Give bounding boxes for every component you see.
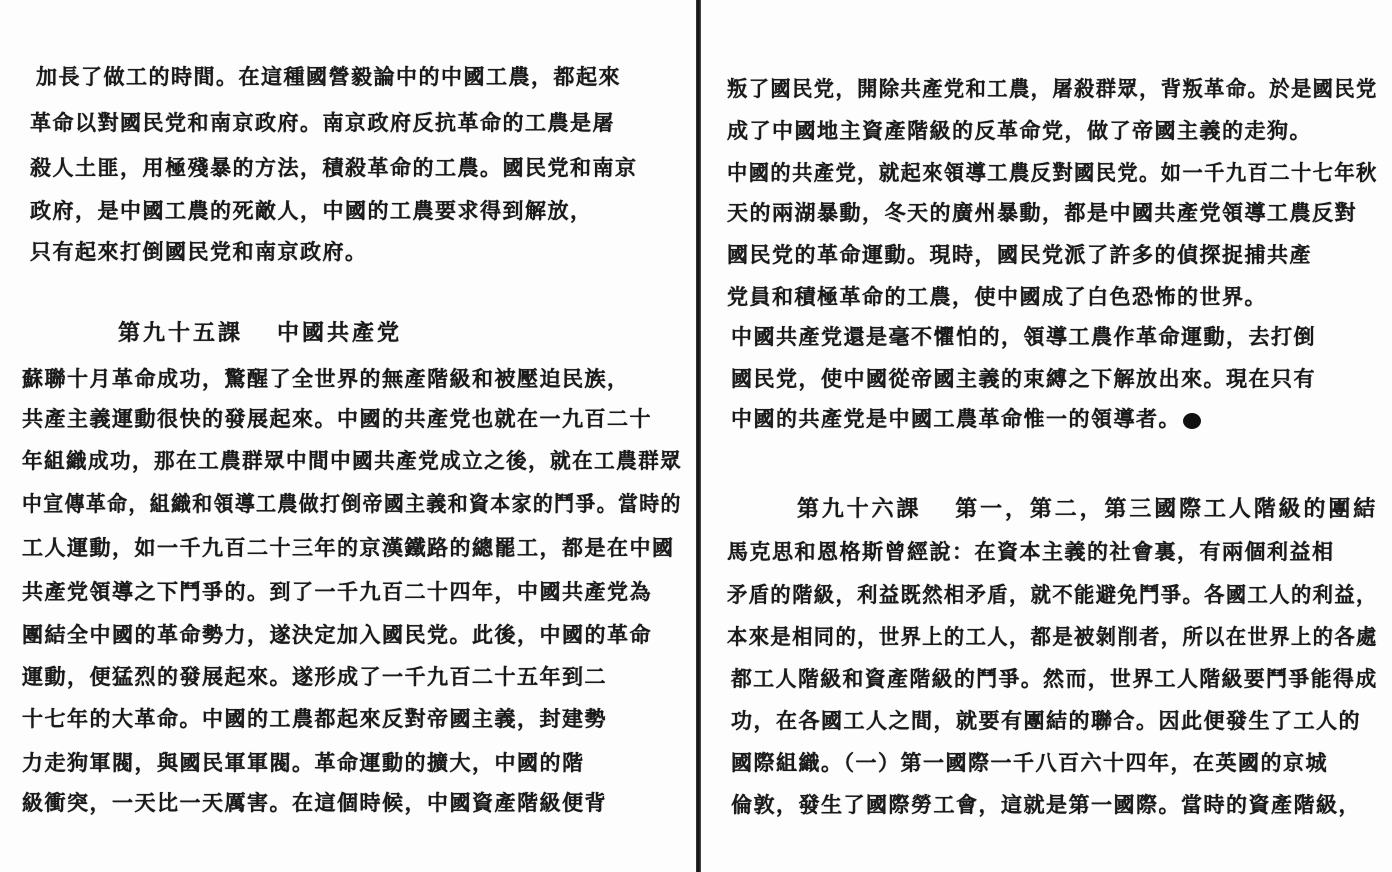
text-line: 國民党，使中國從帝國主義的束縛之下解放出來。現在只有 — [731, 364, 1316, 394]
text-line: 殺人土匪，用極殘暴的方法，積殺革命的工農。國民党和南京 — [30, 153, 638, 183]
text-line: 共產党領導之下鬥爭的。到了一千九百二十四年，中國共產党為 — [22, 577, 652, 607]
text-line: 馬克思和恩格斯曾經說：在資本主義的社會裏，有兩個利益相 — [727, 537, 1335, 567]
text-line: 中國共產党還是毫不懼怕的，領導工農作革命運動，去打倒 — [731, 322, 1316, 352]
text-line: 功，在各國工人之間，就要有團結的聯合。因此便發生了工人的 — [731, 706, 1361, 736]
text-line: 共產主義運動很快的發展起來。中國的共產党也就在一九百二十 — [22, 404, 652, 434]
text-line: 本來是相同的，世界上的工人，都是被剝削者，所以在世界上的各處 — [727, 622, 1378, 652]
text-line: 年組織成功，那在工農群眾中間中國共產党成立之後，就在工農群眾 — [22, 446, 682, 476]
text-line: 運動，便猛烈的發展起來。遂形成了一千九百二十五年到二 — [22, 662, 607, 692]
text-line: 叛了國民党，開除共產党和工農，屠殺群眾，背叛革命。於是國民党 — [727, 74, 1378, 104]
lesson-title: 第一，第二，第三國際工人階級的團結 — [955, 496, 1378, 522]
text-line: 天的兩湖暴動，冬天的廣州暴動，都是中國共產党領導工農反對 — [727, 198, 1357, 228]
text-line: 中國的共產党，就起來領導工農反對國民党。如一千九百二十七年秋 — [727, 158, 1378, 188]
text-line: 只有起來打倒國民党和南京政府。 — [30, 237, 368, 267]
text-line: 都工人階級和資產階級的鬥爭。然而，世界工人階級要鬥爭能得成 — [731, 664, 1378, 694]
text-line: 党員和積極革命的工農，使中國成了白色恐怖的世界。 — [727, 282, 1267, 312]
text-line: 蘇聯十月革命成功，驚醒了全世界的無產階級和被壓迫民族， — [22, 364, 630, 394]
text-line: 中國的共產党是中國工農革命惟一的領導者。 — [731, 404, 1201, 434]
lesson-heading: 第九十五課中國共產党 — [118, 318, 402, 348]
text-line: 成了中國地主資產階級的反革命党，做了帝國主義的走狗。 — [727, 116, 1312, 146]
text-line: 力走狗軍閥，與國民軍軍閥。革命運動的擴大，中國的階 — [22, 748, 585, 778]
lesson-number: 第九十五課 — [118, 320, 243, 346]
text-line: 工人運動，如一千九百二十三年的京漢鐵路的總罷工，都是在中國 — [22, 533, 675, 563]
text-line: 革命以對國民党和南京政府。南京政府反抗革命的工農是屠 — [30, 108, 615, 138]
text-line: 團結全中國的革命勢力，遂決定加入國民党。此後，中國的革命 — [22, 620, 652, 650]
text-line: 國際組織。（一）第一國際一千八百六十四年，在英國的京城 — [731, 748, 1328, 778]
text-line: 矛盾的階級，利益既然相矛盾，就不能避免鬥爭。各國工人的利益， — [727, 580, 1378, 610]
text-line-content: 中國的共產党是中國工農革命惟一的領導者。 — [731, 406, 1181, 431]
text-line: 倫敦，發生了國際勞工會，這就是第一國際。當時的資產階級， — [731, 790, 1361, 820]
lesson-heading: 第九十六課第一，第二，第三國際工人階級的團結 — [797, 494, 1378, 524]
text-line: 十七年的大革命。中國的工農都起來反對帝國主義，封建勢 — [22, 704, 607, 734]
text-line: 中宣傳革命，組織和領導工農做打倒帝國主義和資本家的鬥爭。當時的 — [22, 489, 682, 519]
lesson-number: 第九十六課 — [797, 496, 921, 522]
ink-blot — [1183, 413, 1201, 429]
lesson-title: 中國共產党 — [277, 320, 402, 346]
text-line: 政府，是中國工農的死敵人，中國的工農要求得到解放， — [30, 196, 593, 226]
text-line: 國民党的革命運動。現時，國民党派了許多的偵探捉捕共產 — [727, 240, 1312, 270]
right-page: 叛了國民党，開除共產党和工農，屠殺群眾，背叛革命。於是國民党 成了中國地主資產階… — [701, 0, 1392, 872]
text-line: 級衝突，一天比一天厲害。在這個時候，中國資產階級便背 — [22, 788, 607, 818]
left-page: 加長了做工的時間。在這種國營毅論中的中國工農，都起來 革命以對國民党和南京政府。… — [0, 0, 696, 872]
text-line: 加長了做工的時間。在這種國營毅論中的中國工農，都起來 — [36, 62, 666, 92]
